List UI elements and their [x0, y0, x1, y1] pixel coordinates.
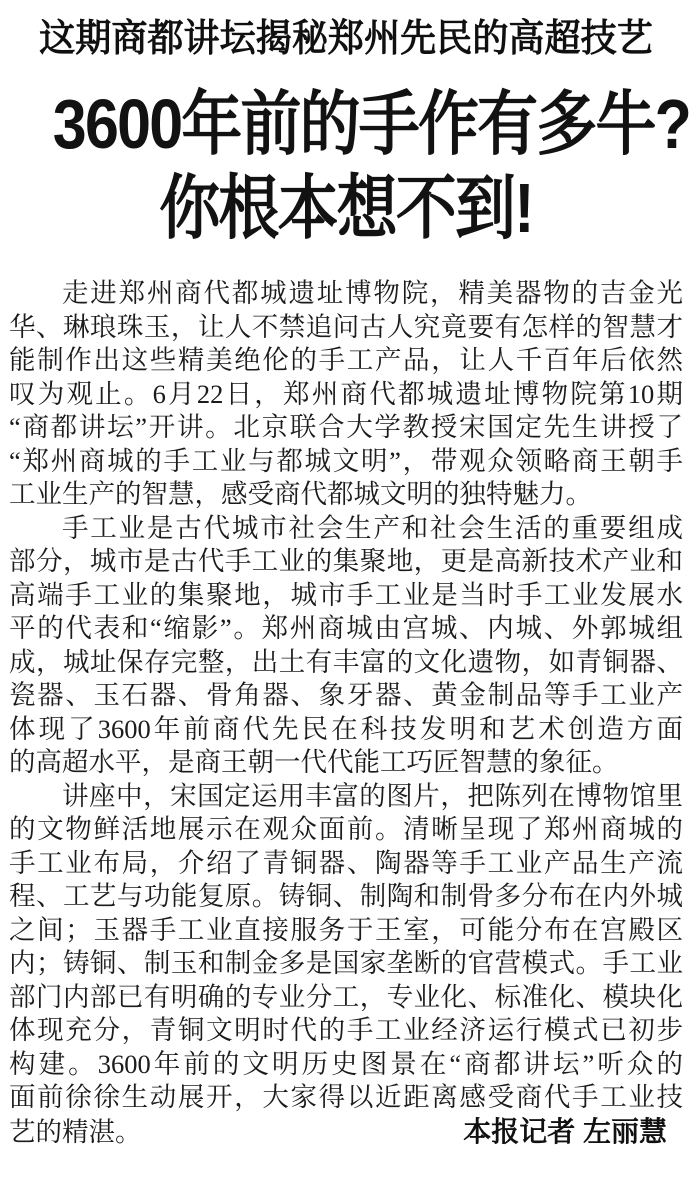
body-line: 部分，城市是古代手工业的集聚地，更是高新技术产业和	[9, 545, 683, 579]
body-line: 体现了3600年前商代先民在科技发明和艺术创造方面	[9, 713, 683, 747]
newspaper-article-page: 这期商都讲坛揭秘郑州先民的高超技艺 3600年前的手作有多牛? 你根本想不到! …	[0, 0, 690, 1178]
body-line: 之间；玉器手工业直接服务于王室，可能分布在宫殿区	[9, 914, 683, 948]
body-line: 部门内部已有明确的专业分工，专业化、标准化、模块化	[9, 981, 683, 1015]
body-line: 华、琳琅珠玉，让人不禁追问古人究竟要有怎样的智慧才	[9, 311, 683, 345]
body-line: 能制作出这些精美绝伦的手工产品，让人千百年后依然	[9, 344, 683, 378]
main-headline-line-2: 你根本想不到!	[53, 166, 639, 250]
body-line: 成，城址保存完整，出土有丰富的文化遗物，如青铜器、陶	[9, 646, 683, 680]
body-line: 面前徐徐生动展开，大家得以近距离感受商代手工业技	[9, 1081, 683, 1115]
closing-text: 艺的精湛。	[9, 1116, 142, 1150]
body-line: “商都讲坛”开讲。北京联合大学教授宋国定先生讲授了	[9, 411, 683, 445]
closing-row: 艺的精湛。 本报记者 左丽慧	[9, 1115, 683, 1149]
body-line: 手工业布局，介绍了青铜器、陶器等手工业产品生产流	[9, 847, 683, 881]
body-line: 瓷器、玉石器、骨角器、象牙器、黄金制品等手工业产品，	[9, 679, 683, 713]
body-line: “郑州商城的手工业与都城文明”，带观众领略商王朝手	[9, 445, 683, 479]
body-line: 程、工艺与功能复原。铸铜、制陶和制骨多分布在内外城	[9, 880, 683, 914]
main-headline-line-1: 3600年前的手作有多牛?	[53, 82, 639, 166]
body-line: 手工业是古代城市社会生产和社会生活的重要组成	[9, 512, 683, 546]
body-line: 走进郑州商代都城遗址博物院，精美器物的吉金光	[9, 277, 683, 311]
byline: 本报记者 左丽慧	[463, 1115, 683, 1149]
body-line: 高端手工业的集聚地，城市手工业是当时手工业发展水	[9, 579, 683, 613]
body-line: 内；铸铜、制玉和制金多是国家垄断的官营模式。手工业	[9, 947, 683, 981]
body-line: 体现充分，青铜文明时代的手工业经济运行模式已初步	[9, 1014, 683, 1048]
body-line: 叹为观止。6月22日，郑州商代都城遗址博物院第10期	[9, 378, 683, 412]
body-line: 讲座中，宋国定运用丰富的图片，把陈列在博物馆里	[9, 780, 683, 814]
main-headline: 3600年前的手作有多牛? 你根本想不到!	[53, 82, 639, 250]
body-line: 的文物鲜活地展示在观众面前。清晰呈现了郑州商城的	[9, 813, 683, 847]
body-line: 构建。3600年前的文明历史图景在“商都讲坛”听众的	[9, 1048, 683, 1082]
article-body: 走进郑州商代都城遗址博物院，精美器物的吉金光华、琳琅珠玉，让人不禁追问古人究竟要…	[9, 277, 683, 1115]
body-line: 的高超水平，是商王朝一代代能工巧匠智慧的象征。	[9, 746, 683, 780]
body-line: 平的代表和“缩影”。郑州商城由宫城、内城、外郭城组	[9, 612, 683, 646]
body-line: 工业生产的智慧，感受商代都城文明的独特魅力。	[9, 478, 683, 512]
kicker-headline: 这期商都讲坛揭秘郑州先民的高超技艺	[26, 16, 666, 62]
